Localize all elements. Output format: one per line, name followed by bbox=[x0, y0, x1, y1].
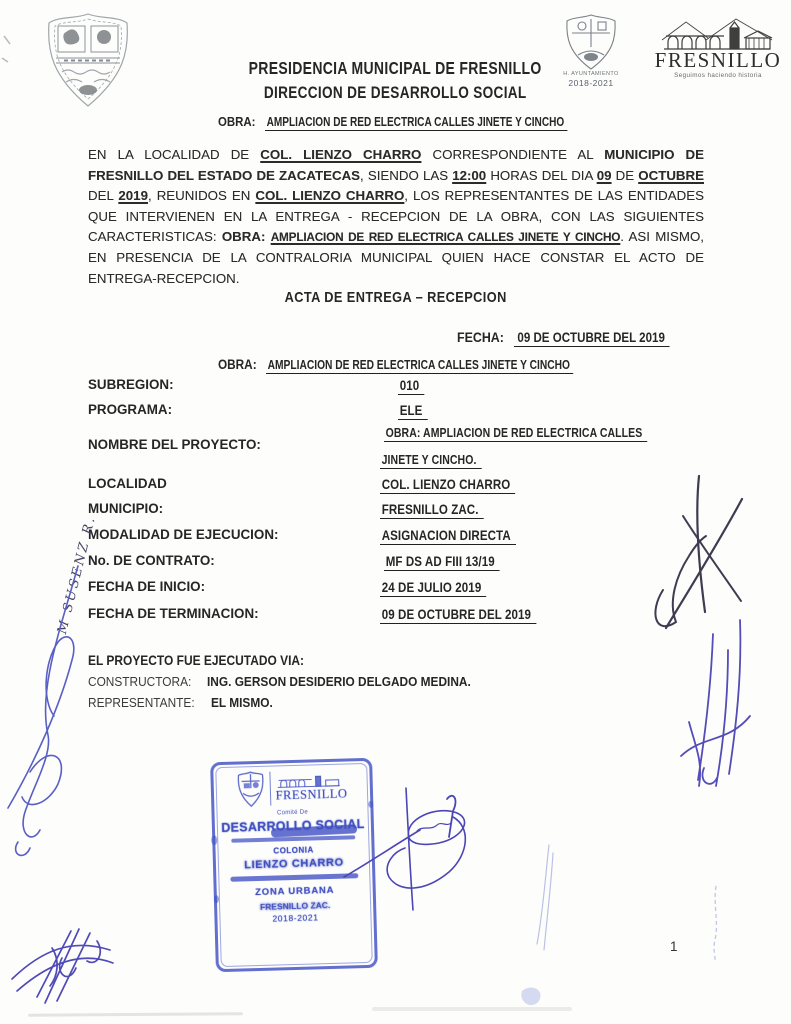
field-value-fecha-inicio: 24 DE JULIO 2019 bbox=[380, 579, 505, 597]
field-label-contrato: No. DE CONTRATO: bbox=[88, 553, 215, 568]
fecha-value: 09 DE OCTUBRE DEL 2019 bbox=[514, 330, 669, 347]
obra-label: OBRA: bbox=[218, 357, 257, 372]
field-label-subregion: SUBREGION: bbox=[88, 377, 174, 392]
header-obra-value: AMPLIACION DE RED ELECTRICA CALLES JINET… bbox=[265, 115, 567, 131]
fresnillo-tagline: Seguimos haciendo historia bbox=[652, 72, 784, 79]
execution-heading-line: EL PROYECTO FUE EJECUTADO VIA: bbox=[88, 652, 333, 670]
field-label-modalidad: MODALIDAD DE EJECUCION: bbox=[88, 527, 278, 542]
representante-label: REPRESENTANTE: bbox=[88, 695, 195, 710]
header-direction: DIRECCION DE DESARROLLO SOCIAL bbox=[0, 83, 791, 103]
field-value-fecha-terminacion: 09 DE OCTUBRE DEL 2019 bbox=[380, 606, 564, 624]
header-line1: PRESIDENCIA MUNICIPAL DE FRESNILLO bbox=[249, 58, 542, 79]
field-value-text: MF DS AD FIII 13/19 bbox=[384, 554, 500, 571]
constructora-label: CONSTRUCTORA: bbox=[88, 674, 191, 689]
paragraph-segment: 09 bbox=[597, 168, 612, 183]
representante-value: EL MISMO. bbox=[211, 695, 273, 710]
paragraph-segment: COL. LIENZO CHARRO bbox=[255, 188, 404, 203]
field-value-localidad: COL. LIENZO CHARRO bbox=[380, 476, 539, 494]
field-label-municipio: MUNICIPIO: bbox=[88, 501, 163, 516]
paragraph-segment: , SIENDO LAS bbox=[360, 168, 452, 183]
field-value-modalidad: ASIGNACION DIRECTA bbox=[380, 527, 540, 545]
constructora-value: ING. GERSON DESIDERIO DELGADO MEDINA. bbox=[207, 674, 471, 689]
scan-smear bbox=[372, 1007, 572, 1011]
field-label-nombre-proyecto: NOMBRE DEL PROYECTO: bbox=[88, 437, 261, 452]
constructora-line: CONSTRUCTORA: ING. GERSON DESIDERIO DELG… bbox=[88, 673, 500, 691]
document-title: ACTA DE ENTREGA – RECEPCION bbox=[284, 289, 506, 306]
right-edge-mark bbox=[714, 886, 716, 962]
paragraph-segment: OBRA: bbox=[222, 229, 271, 244]
document-title-wrap: ACTA DE ENTREGA – RECEPCION bbox=[0, 289, 791, 307]
representante-line: REPRESENTANTE: EL MISMO. bbox=[88, 694, 280, 712]
header-obra-line: OBRA: AMPLIACION DE RED ELECTRICA CALLES… bbox=[218, 113, 643, 131]
field-value-text: COL. LIENZO CHARRO bbox=[380, 477, 515, 494]
stamp-rule bbox=[230, 873, 358, 882]
field-value-text: 09 DE OCTUBRE DEL 2019 bbox=[380, 607, 536, 624]
obra-value: AMPLIACION DE RED ELECTRICA CALLES JINET… bbox=[266, 357, 573, 374]
paragraph-segment: CORRESPONDIENTE AL bbox=[421, 147, 604, 162]
paragraph-segment: EN LA LOCALIDAD DE bbox=[88, 147, 260, 162]
paragraph-segment: DEL bbox=[88, 188, 118, 203]
signature-faint bbox=[537, 845, 553, 950]
field-value-text: FRESNILLO ZAC. bbox=[380, 502, 484, 519]
stamp-brand-block: FRESNILLO bbox=[275, 773, 348, 801]
field-value-nombre-line2: JINETE Y CINCHO. bbox=[380, 451, 504, 469]
field-value-text: ELE bbox=[398, 403, 428, 420]
page-number: 1 bbox=[670, 939, 678, 954]
execution-heading: EL PROYECTO FUE EJECUTADO VIA: bbox=[88, 653, 304, 668]
field-value-contrato: MF DS AD FIII 13/19 bbox=[384, 553, 520, 571]
intro-paragraph: EN LA LOCALIDAD DE COL. LIENZO CHARRO CO… bbox=[88, 145, 704, 289]
header-obra-label: OBRA: bbox=[218, 114, 255, 129]
shield-caption-line2: 2018-2021 bbox=[556, 78, 626, 88]
signature-right-blue bbox=[681, 620, 750, 786]
fecha-label: FECHA: bbox=[457, 330, 504, 345]
field-label-fecha-terminacion: FECHA DE TERMINACION: bbox=[88, 606, 259, 621]
obra-line: OBRA: AMPLIACION DE RED ELECTRICA CALLES… bbox=[218, 356, 650, 374]
fecha-line: FECHA: 09 DE OCTUBRE DEL 2019 bbox=[457, 329, 696, 347]
stamp-colonia-value: LIENZO CHARRO bbox=[216, 856, 372, 872]
field-value-nombre-line1: OBRA: AMPLIACION DE RED ELECTRICA CALLES bbox=[384, 424, 705, 442]
desarrollo-social-stamp: FRESNILLO Comité De DESARROLLO SOCIAL CO… bbox=[210, 758, 378, 972]
field-value-municipio: FRESNILLO ZAC. bbox=[380, 501, 502, 519]
paragraph-segment: HORAS DEL DIA bbox=[486, 168, 597, 183]
stamp-period: 2018-2021 bbox=[217, 911, 373, 925]
scan-smear bbox=[28, 1012, 243, 1017]
stamp-shield-icon bbox=[236, 771, 265, 808]
document-page: PRESIDENCIA MUNICIPAL DE FRESNILLO DIREC… bbox=[0, 0, 791, 1024]
signature-bottom-left bbox=[12, 929, 113, 1003]
paragraph-segment: DE bbox=[612, 168, 639, 183]
header-line2: DIRECCION DE DESARROLLO SOCIAL bbox=[264, 83, 527, 103]
field-value-subregion: 010 bbox=[398, 377, 429, 395]
stamp-ink-blot bbox=[214, 895, 219, 903]
stamp-fresnillo-wordmark: FRESNILLO bbox=[275, 787, 347, 802]
paragraph-segment: , REUNIDOS EN bbox=[148, 188, 255, 203]
stamp-bridge-icon bbox=[275, 773, 341, 789]
field-value-text: 010 bbox=[398, 378, 424, 395]
field-value-text: ASIGNACION DIRECTA bbox=[380, 528, 516, 545]
field-value-programa: ELE bbox=[398, 402, 433, 420]
stamp-zona: ZONA URBANA bbox=[217, 884, 373, 899]
paragraph-segment: 2019 bbox=[118, 188, 148, 203]
ayuntamiento-shield-icon bbox=[562, 13, 620, 71]
stamp-divider bbox=[269, 772, 271, 806]
field-value-text: 24 DE JULIO 2019 bbox=[380, 580, 486, 597]
paragraph-segment: AMPLIACION DE RED ELECTRICA CALLES JINET… bbox=[271, 230, 621, 244]
ink-blob-faint bbox=[521, 988, 540, 1006]
paragraph-segment: OCTUBRE bbox=[638, 168, 704, 183]
paragraph-segment: 12:00 bbox=[452, 168, 486, 183]
stamp-city: FRESNILLO ZAC. bbox=[217, 899, 373, 913]
fresnillo-wordmark: FRESNILLO bbox=[652, 50, 784, 71]
shield-caption-line1: H. AYUNTAMIENTO bbox=[556, 71, 626, 77]
stamp-header: FRESNILLO bbox=[213, 761, 370, 808]
field-label-programa: PROGRAMA: bbox=[88, 402, 172, 417]
field-value-text: OBRA: AMPLIACION DE RED ELECTRICA CALLES bbox=[384, 425, 647, 442]
paragraph-segment: COL. LIENZO CHARRO bbox=[260, 147, 421, 162]
field-value-text: JINETE Y CINCHO. bbox=[380, 452, 481, 469]
stamp-colonia-label: COLONIA bbox=[215, 844, 371, 857]
stamp-ink-blot bbox=[211, 835, 217, 845]
field-label-localidad: LOCALIDAD bbox=[88, 476, 167, 491]
stamp-ink-blot bbox=[368, 801, 373, 808]
field-label-fecha-inicio: FECHA DE INICIO: bbox=[88, 579, 205, 594]
fresnillo-logo-drawing-icon bbox=[658, 16, 776, 52]
signature-right-dark bbox=[655, 476, 742, 628]
